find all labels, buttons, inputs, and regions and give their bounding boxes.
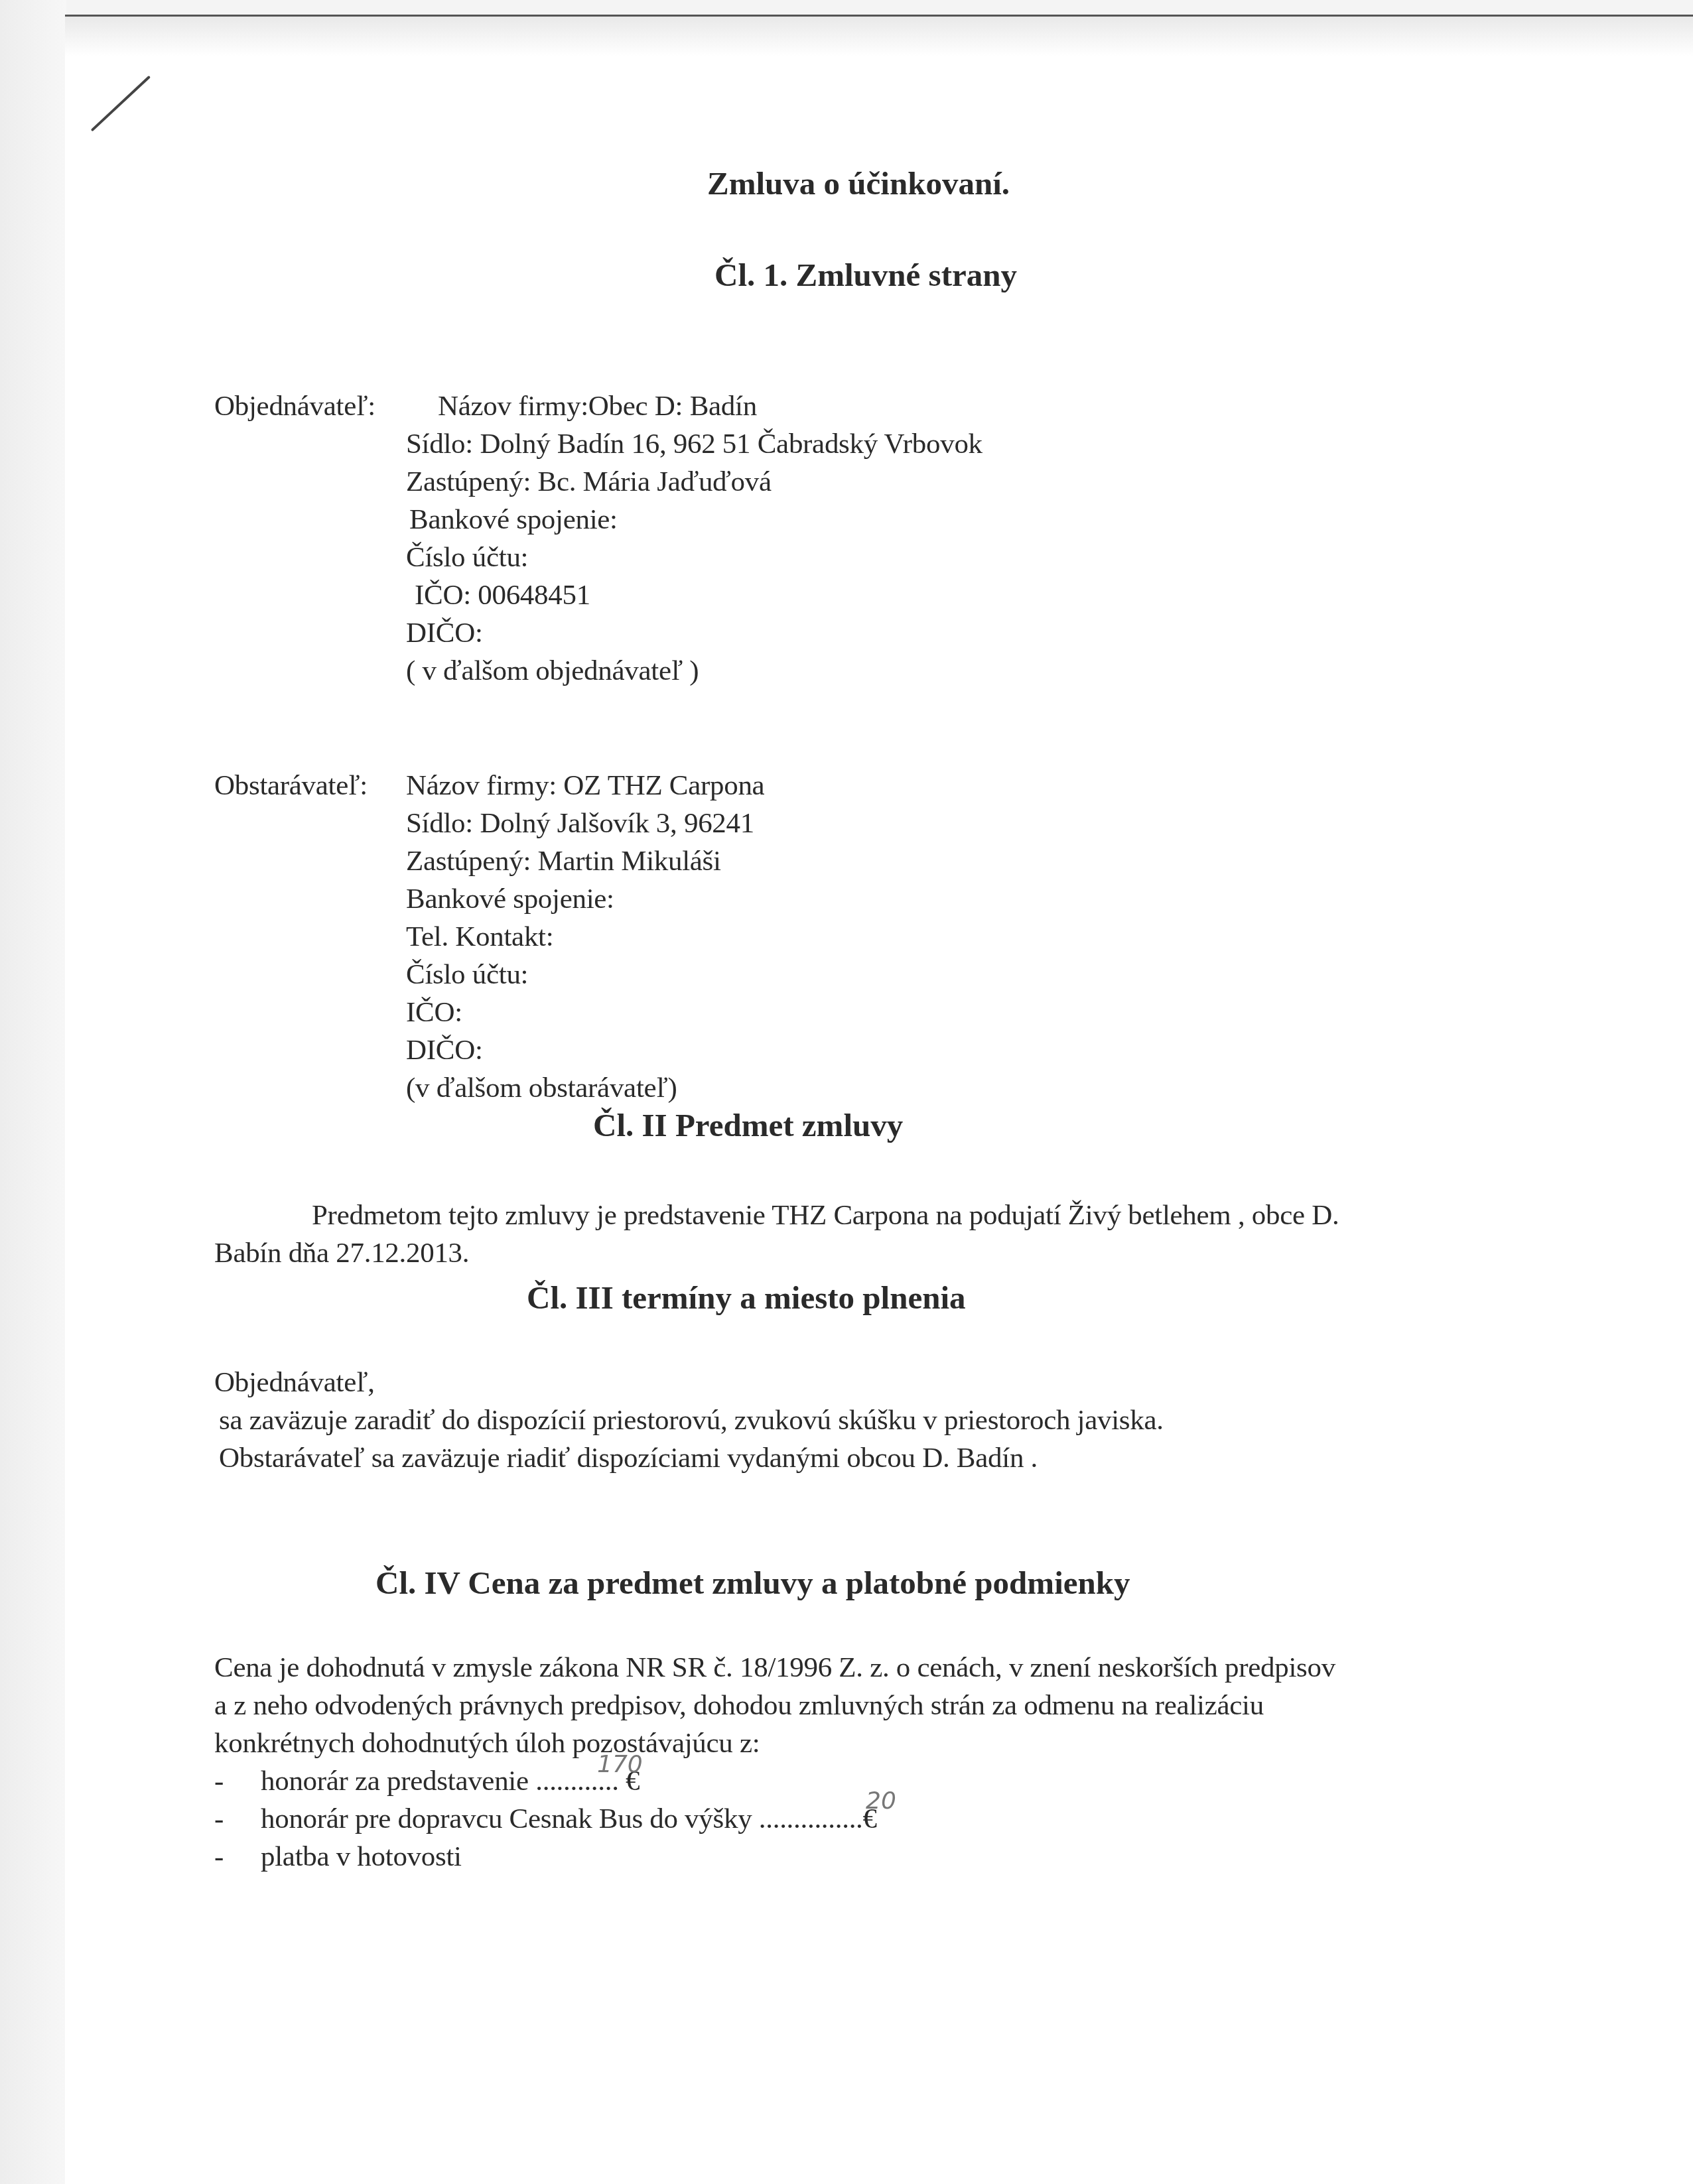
- section-2-heading: Čl. II Predmet zmluvy: [593, 1106, 903, 1144]
- objednavatel-label: Objednávateľ:: [214, 390, 375, 422]
- section-2-text: Predmetom tejto zmluvy je predstavenie T…: [312, 1199, 1339, 1232]
- price-item-text: honorár za predstavenie ............ €: [261, 1765, 640, 1797]
- section-3-text: Objednávateľ,: [214, 1366, 375, 1399]
- obstaravatel-line: Sídlo: Dolný Jalšovík 3, 96241: [406, 807, 754, 840]
- obstaravatel-line: Tel. Kontakt:: [406, 921, 553, 953]
- document-title: Zmluva o účinkovaní.: [707, 164, 1010, 202]
- price-item-bullet: -: [214, 1765, 224, 1797]
- handwritten-fee-value: 170: [597, 1751, 643, 1778]
- obstaravatel-line: (v ďalšom obstarávateľ): [406, 1072, 677, 1104]
- obstaravatel-label: Obstarávateľ:: [214, 769, 368, 802]
- objednavatel-line: Bankové spojenie:: [409, 503, 618, 536]
- obstaravatel-line: Bankové spojenie:: [406, 883, 614, 915]
- objednavatel-line: Názov firmy:Obec D: Badín: [438, 390, 757, 422]
- obstaravatel-line: Zastúpený: Martin Mikuláši: [406, 845, 721, 877]
- objednavatel-line: Číslo účtu:: [406, 541, 528, 574]
- price-item-bullet: -: [214, 1803, 224, 1835]
- objednavatel-line: ( v ďalšom objednávateľ ): [406, 655, 699, 687]
- price-item-bullet: -: [214, 1840, 224, 1873]
- price-item-text: honorár pre dopravcu Cesnak Bus do výšky…: [261, 1803, 877, 1835]
- objednavatel-line: DIČO:: [406, 617, 483, 649]
- section-3-text: Obstarávateľ sa zaväzuje riadiť dispozíc…: [219, 1442, 1038, 1474]
- price-item-text: platba v hotovosti: [261, 1840, 462, 1873]
- scan-shadow: [65, 17, 1693, 56]
- section-3-heading: Čl. III termíny a miesto plnenia: [527, 1279, 966, 1317]
- section-1-heading: Čl. 1. Zmluvné strany: [714, 256, 1017, 294]
- objednavatel-line: Zastúpený: Bc. Mária Jaďuďová: [406, 466, 772, 498]
- scan-margin: [0, 0, 66, 2184]
- section-3-text: sa zaväzuje zaradiť do dispozícií priest…: [219, 1404, 1164, 1437]
- obstaravatel-line: DIČO:: [406, 1034, 483, 1066]
- objednavatel-line: Sídlo: Dolný Badín 16, 962 51 Čabradský …: [406, 428, 982, 460]
- section-4-text: a z neho odvodených právnych predpisov, …: [214, 1689, 1264, 1722]
- section-4-text: Cena je dohodnutá v zmysle zákona NR SR …: [214, 1651, 1335, 1684]
- obstaravatel-line: IČO:: [406, 996, 462, 1029]
- obstaravatel-line: Číslo účtu:: [406, 958, 528, 991]
- section-4-heading: Čl. IV Cena za predmet zmluvy a platobné…: [375, 1564, 1130, 1602]
- obstaravatel-line: Názov firmy: OZ THZ Carpona: [406, 769, 764, 802]
- objednavatel-line: IČO: 00648451: [415, 579, 590, 611]
- handwritten-transport-value: 20: [866, 1787, 896, 1815]
- section-2-text: Babín dňa 27.12.2013.: [214, 1237, 469, 1269]
- section-4-text: konkrétnych dohodnutých úloh pozostávajú…: [214, 1727, 760, 1760]
